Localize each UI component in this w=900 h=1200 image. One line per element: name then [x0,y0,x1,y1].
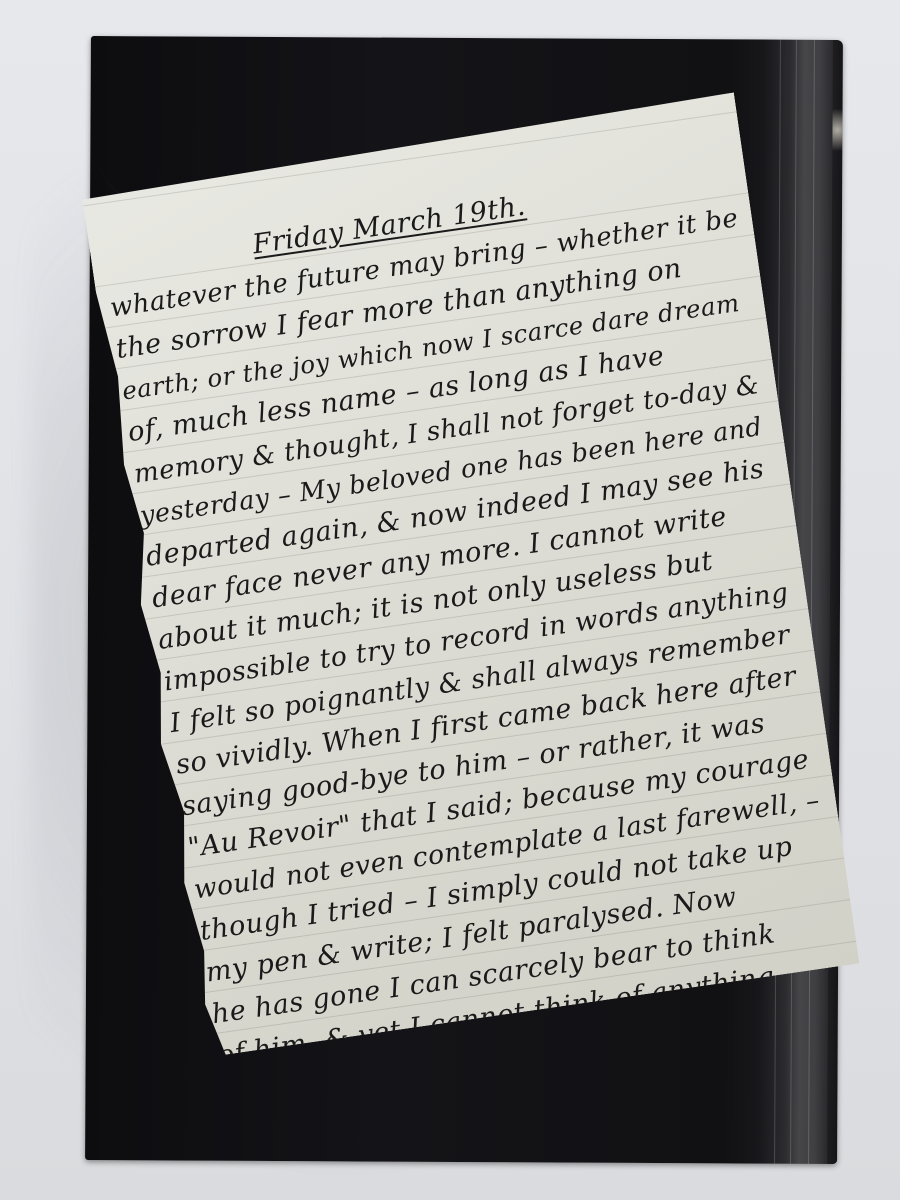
edge-wear [832,100,842,160]
handwritten-letter: Friday March 19th. whatever the future m… [81,92,860,1057]
